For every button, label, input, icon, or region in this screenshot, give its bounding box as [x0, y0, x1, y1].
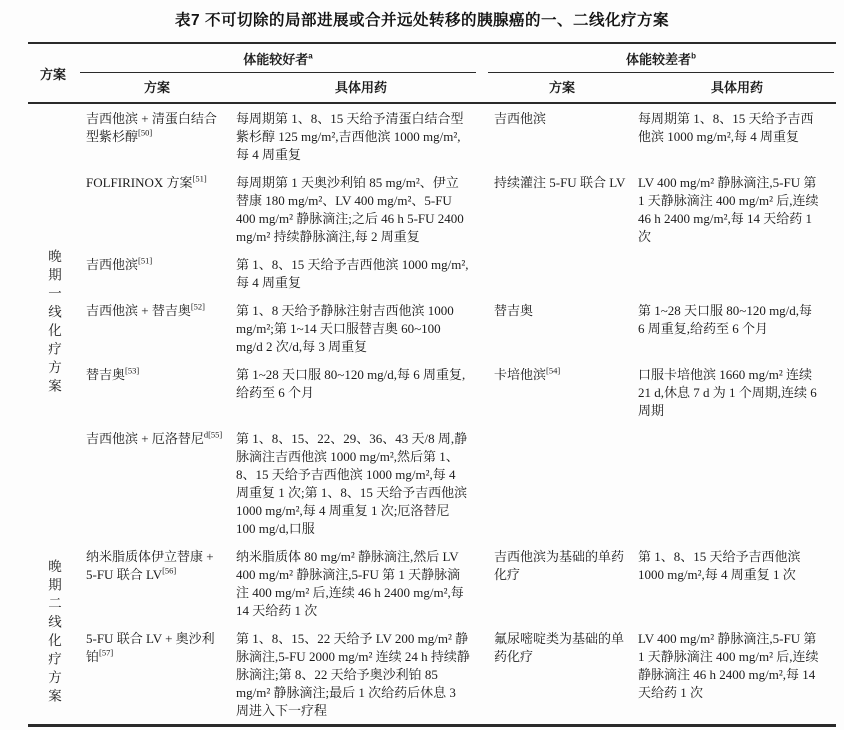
- citation-ref: [50]: [138, 128, 152, 138]
- scheme-cell: 卡培他滨[54]: [486, 360, 638, 424]
- subheader-scheme-left: 方案: [78, 73, 236, 103]
- drug-detail-cell: 纳米脂质体 80 mg/m² 静脉滴注,然后 LV 400 mg/m² 静脉滴注…: [236, 542, 486, 624]
- drug-detail-cell: 第 1、8、15 天给予吉西他滨 1000 mg/m²,每 4 周重复: [236, 250, 486, 296]
- subheader-detail-right: 具体用药: [638, 73, 836, 103]
- group-label-first-line: 晚期一线化疗方案: [28, 103, 78, 542]
- drug-detail-cell: 每周期第 1、8、15 天给予清蛋白结合型紫杉醇 125 mg/m²,吉西他滨 …: [236, 103, 486, 168]
- drug-detail-cell: 第 1、8、15 天给予吉西他滨 1000 mg/m²,每 4 周重复 1 次: [638, 542, 836, 624]
- subheader-detail-left: 具体用药: [236, 73, 486, 103]
- scheme-cell-empty: [486, 424, 638, 542]
- citation-ref: [53]: [125, 366, 139, 376]
- table-row: 吉西他滨 + 替吉奥[52] 第 1、8 天给予静脉注射吉西他滨 1000 mg…: [28, 296, 836, 360]
- footnote-marker-a: a: [308, 52, 312, 61]
- scheme-cell: 5-FU 联合 LV + 奥沙利铂[57]: [78, 624, 236, 726]
- drug-detail-cell: 每周期第 1 天奥沙利铂 85 mg/m²、伊立替康 180 mg/m²、LV …: [236, 168, 486, 250]
- citation-ref: d[55]: [204, 430, 222, 440]
- citation-ref: [51]: [193, 174, 207, 184]
- citation-ref: [51]: [138, 256, 152, 266]
- scheme-cell: 吉西他滨: [486, 103, 638, 168]
- header-good-ps-label: 体能较好者: [243, 52, 308, 67]
- citation-ref: [52]: [191, 302, 205, 312]
- drug-detail-cell: LV 400 mg/m² 静脉滴注,5-FU 第 1 天静脉滴注 400 mg/…: [638, 168, 836, 250]
- scheme-cell: 吉西他滨为基础的单药化疗: [486, 542, 638, 624]
- table-row: 吉西他滨 + 厄洛替尼d[55] 第 1、8、15、22、29、36、43 天/…: [28, 424, 836, 542]
- scheme-cell: 吉西他滨[51]: [78, 250, 236, 296]
- table-row: 晚期二线化疗方案 纳米脂质体伊立替康 + 5-FU 联合 LV[56] 纳米脂质…: [28, 542, 836, 624]
- scheme-cell: 替吉奥[53]: [78, 360, 236, 424]
- page: 表7 不可切除的局部进展或合并远处转移的胰腺癌的一、二线化疗方案 方案 体能较好…: [0, 0, 844, 730]
- page-title: 表7 不可切除的局部进展或合并远处转移的胰腺癌的一、二线化疗方案: [0, 8, 844, 30]
- scheme-cell: 吉西他滨 + 清蛋白结合型紫杉醇[50]: [78, 103, 236, 168]
- drug-detail-cell: 第 1~28 天口服 80~120 mg/d,每 6 周重复,给药至 6 个月: [638, 296, 836, 360]
- scheme-cell: 纳米脂质体伊立替康 + 5-FU 联合 LV[56]: [78, 542, 236, 624]
- table-row: 吉西他滨[51] 第 1、8、15 天给予吉西他滨 1000 mg/m²,每 4…: [28, 250, 836, 296]
- drug-detail-cell: 第 1、8、15、22、29、36、43 天/8 周,静脉滴注吉西他滨 1000…: [236, 424, 486, 542]
- citation-ref: [56]: [162, 566, 176, 576]
- drug-detail-cell: 每周期第 1、8、15 天给予吉西他滨 1000 mg/m²,每 4 周重复: [638, 103, 836, 168]
- scheme-cell: 持续灌注 5-FU 联合 LV: [486, 168, 638, 250]
- header-good-ps: 体能较好者a: [78, 43, 486, 73]
- drug-detail-cell: 第 1~28 天口服 80~120 mg/d,每 6 周重复,给药至 6 个月: [236, 360, 486, 424]
- scheme-cell-empty: [486, 250, 638, 296]
- header-row-sub: 方案 具体用药 方案 具体用药: [28, 73, 836, 103]
- header-row-top: 方案 体能较好者a 体能较差者b: [28, 43, 836, 73]
- scheme-cell: 氟尿嘧啶类为基础的单药化疗: [486, 624, 638, 726]
- table-body: 晚期一线化疗方案 吉西他滨 + 清蛋白结合型紫杉醇[50] 每周期第 1、8、1…: [28, 103, 836, 726]
- table-row: 晚期一线化疗方案 吉西他滨 + 清蛋白结合型紫杉醇[50] 每周期第 1、8、1…: [28, 103, 836, 168]
- table-row: FOLFIRINOX 方案[51] 每周期第 1 天奥沙利铂 85 mg/m²、…: [28, 168, 836, 250]
- regimen-table: 方案 体能较好者a 体能较差者b 方案 具体用药 方案 具体用药 晚期一线化疗方…: [28, 42, 836, 727]
- header-poor-ps: 体能较差者b: [486, 43, 836, 73]
- scheme-cell: 替吉奥: [486, 296, 638, 360]
- drug-detail-cell-empty: [638, 250, 836, 296]
- table-row: 替吉奥[53] 第 1~28 天口服 80~120 mg/d,每 6 周重复,给…: [28, 360, 836, 424]
- footnote-marker-b: b: [691, 52, 696, 61]
- citation-ref: [57]: [99, 648, 113, 658]
- group-label-second-line: 晚期二线化疗方案: [28, 542, 78, 726]
- table-row: 5-FU 联合 LV + 奥沙利铂[57] 第 1、8、15、22 天给予 LV…: [28, 624, 836, 726]
- drug-detail-cell: 第 1、8 天给予静脉注射吉西他滨 1000 mg/m²;第 1~14 天口服替…: [236, 296, 486, 360]
- scheme-cell: 吉西他滨 + 厄洛替尼d[55]: [78, 424, 236, 542]
- scheme-cell: 吉西他滨 + 替吉奥[52]: [78, 296, 236, 360]
- table-header: 方案 体能较好者a 体能较差者b 方案 具体用药 方案 具体用药: [28, 43, 836, 103]
- drug-detail-cell: 口服卡培他滨 1660 mg/m² 连续 21 d,休息 7 d 为 1 个周期…: [638, 360, 836, 424]
- scheme-cell: FOLFIRINOX 方案[51]: [78, 168, 236, 250]
- header-scheme-group: 方案: [28, 43, 78, 103]
- drug-detail-cell-empty: [638, 424, 836, 542]
- drug-detail-cell: LV 400 mg/m² 静脉滴注,5-FU 第 1 天静脉滴注 400 mg/…: [638, 624, 836, 726]
- drug-detail-cell: 第 1、8、15、22 天给予 LV 200 mg/m² 静脉滴注,5-FU 2…: [236, 624, 486, 726]
- header-poor-ps-label: 体能较差者: [626, 52, 691, 67]
- subheader-scheme-right: 方案: [486, 73, 638, 103]
- citation-ref: [54]: [546, 366, 560, 376]
